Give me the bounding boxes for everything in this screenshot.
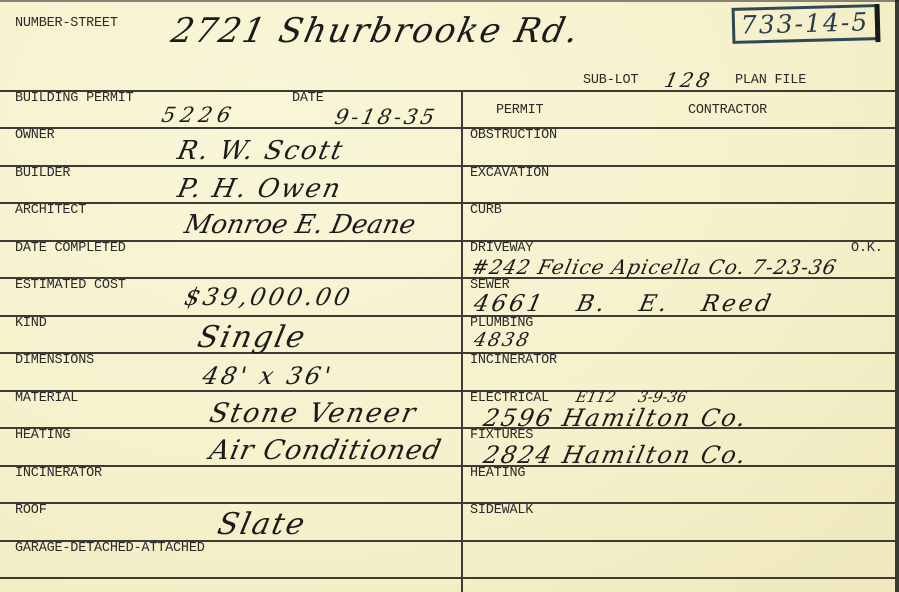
rule xyxy=(0,427,895,429)
plumbing-value: 4838 xyxy=(472,331,532,350)
architect-value: Monroe E. Deane xyxy=(182,212,418,238)
date-label: DATE xyxy=(292,92,324,106)
rule xyxy=(0,90,895,92)
builder-value: P. H. Owen xyxy=(175,176,344,202)
rule xyxy=(0,390,895,392)
heating-value: Air Conditioned xyxy=(207,437,444,464)
rule xyxy=(0,502,895,504)
incinerator-permit-label: INCINERATOR xyxy=(470,354,557,368)
dimensions-label: DIMENSIONS xyxy=(15,354,94,368)
driveway-value: #242 Felice Apicella Co. 7-23-36 xyxy=(470,257,839,277)
sub-lot-value: 128 xyxy=(663,70,714,90)
driveway-label: DRIVEWAY xyxy=(470,242,533,256)
owner-value: R. W. Scott xyxy=(175,138,346,164)
rule xyxy=(0,127,895,129)
date-completed-label: DATE COMPLETED xyxy=(15,242,126,256)
rule xyxy=(0,577,895,579)
material-label: MATERIAL xyxy=(15,392,78,406)
kind-value: Single xyxy=(195,323,309,353)
building-permit-value: 5226 xyxy=(160,105,238,126)
material-value: Stone Veneer xyxy=(207,400,420,427)
garage-label: GARAGE-DETACHED-ATTACHED xyxy=(15,542,205,556)
card-right-edge xyxy=(895,0,899,592)
card-top-edge xyxy=(0,0,899,2)
roof-label: ROOF xyxy=(15,504,47,518)
plan-file-label: PLAN FILE xyxy=(735,74,806,88)
number-street-label: NUMBER-STREET xyxy=(15,17,118,31)
building-permit-label: BUILDING PERMIT xyxy=(15,92,134,106)
heating-permit-label: HEATING xyxy=(470,467,525,481)
rule xyxy=(0,352,895,354)
electrical-value: 2596 Hamilton Co. xyxy=(481,406,749,430)
electrical-note: E112 3-9-36 xyxy=(574,390,688,405)
obstruction-label: OBSTRUCTION xyxy=(470,129,557,143)
estimated-cost-value: $39,000.00 xyxy=(182,285,355,309)
driveway-note: O.K. xyxy=(851,242,883,256)
file-number-stamp: 733-14-5 xyxy=(732,4,879,44)
sidewalk-label: SIDEWALK xyxy=(470,504,533,518)
contractor-column-header: CONTRACTOR xyxy=(688,104,767,118)
permit-column-header: PERMIT xyxy=(496,104,543,118)
rule xyxy=(0,202,895,204)
fixtures-value: 2824 Hamilton Co. xyxy=(481,443,749,467)
curb-label: CURB xyxy=(470,204,502,218)
kind-label: KIND xyxy=(15,317,47,331)
dimensions-value: 48' x 36' xyxy=(200,364,335,388)
incinerator-label: INCINERATOR xyxy=(15,467,102,481)
excavation-label: EXCAVATION xyxy=(470,167,549,181)
sub-lot-label: SUB-LOT xyxy=(583,74,638,88)
rule xyxy=(0,465,895,467)
builder-label: BUILDER xyxy=(15,167,70,181)
architect-label: ARCHITECT xyxy=(15,204,86,218)
date-value: 9-18-35 xyxy=(333,107,439,128)
owner-label: OWNER xyxy=(15,129,55,143)
permit-index-card: NUMBER-STREET 2721 Shurbrooke Rd. 733-14… xyxy=(0,0,899,592)
estimated-cost-label: ESTIMATED COST xyxy=(15,279,126,293)
sewer-value: 4661 B. E. Reed xyxy=(472,293,776,316)
column-divider xyxy=(461,90,463,592)
roof-value: Slate xyxy=(215,510,309,540)
rule xyxy=(0,165,895,167)
number-street-value: 2721 Shurbrooke Rd. xyxy=(168,14,583,48)
heating-label: HEATING xyxy=(15,429,70,443)
rule xyxy=(0,240,895,242)
